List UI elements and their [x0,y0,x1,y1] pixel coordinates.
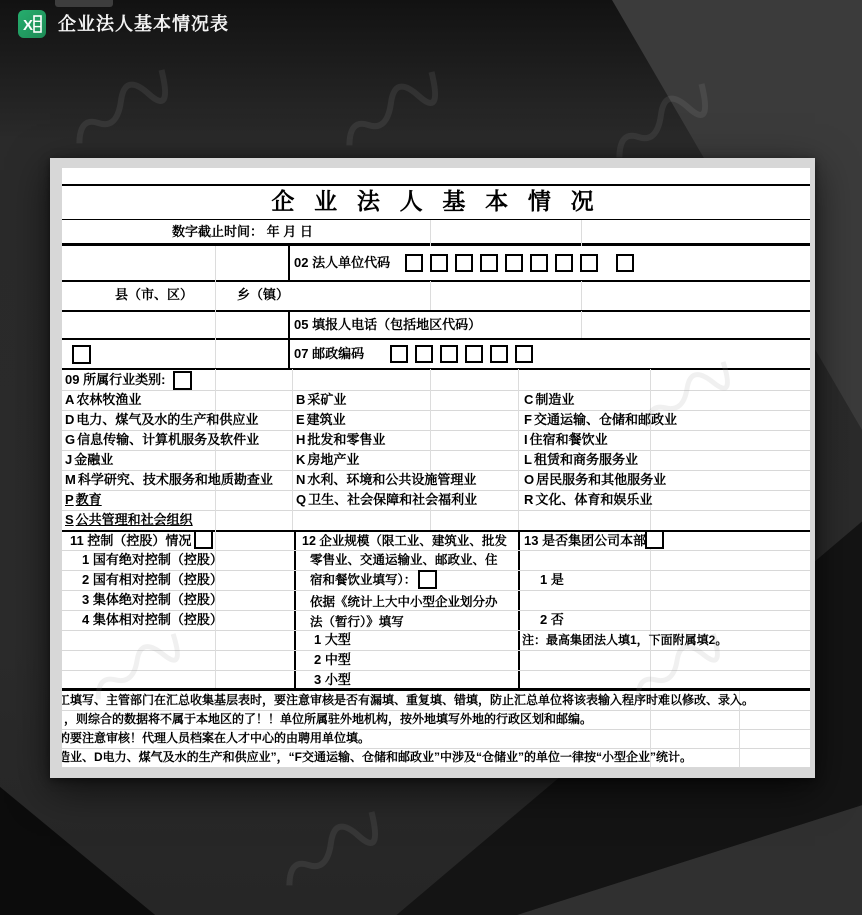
field-02-code-boxes [405,252,634,272]
field-02-label: 02 法人单位代码 [294,253,390,273]
industry-item: I住宿和餐饮业 [524,430,608,450]
industry-item: M科学研究、技术服务和地质勘查业 [65,470,273,490]
industry-item: B采矿业 [296,390,346,410]
section-12-box[interactable] [418,570,437,589]
rule [62,338,810,340]
note-line: ，则综合的数据将不属于本地区的了！！单位所属驻外地机构，按外地填写外地的行政区划… [64,710,592,729]
section-11-option: 1 国有绝对控制（控股） [82,550,223,570]
gridline [430,281,431,310]
gridline [62,670,810,671]
code-box[interactable] [465,345,483,363]
column-divider [518,530,520,688]
code-box[interactable] [555,254,573,272]
gridline [215,246,216,368]
town-label: 乡（镇） [237,285,289,305]
gridline [581,220,582,246]
svg-text:X: X [23,17,33,34]
code-box[interactable] [490,345,508,363]
industry-item: R文化、体育和娱乐业 [524,490,652,510]
industry-item: F交通运输、仓储和邮政业 [524,410,677,430]
industry-item: N水利、环境和公共设施管理业 [296,470,476,490]
code-box[interactable] [405,254,423,272]
rule [62,280,810,282]
code-box[interactable] [505,254,523,272]
watermark [323,57,457,164]
industry-item: K房地产业 [296,450,359,470]
code-box[interactable] [515,345,533,363]
section-13-box[interactable] [645,530,664,549]
section-12-header-2: 零售业、交通运输业、邮政业、住 [310,550,498,570]
section-12-option: 2 中型 [314,650,351,670]
code-box[interactable] [530,254,548,272]
gridline [650,530,651,688]
form-title: 企 业 法 人 基 本 情 况 [62,184,810,220]
gridline [62,767,810,768]
industry-code-box[interactable] [173,371,192,390]
section-12-basis-2: 法（暂行）》填写 [310,612,404,632]
county-label: 县（市、区） [115,285,193,305]
form-table: 企 业 法 人 基 本 情 况 数字截止时间： 年 月 日 02 法人单位代码 … [62,168,810,768]
section-12-header-3: 宿和餐饮业填写）： [310,570,437,590]
code-box[interactable] [430,254,448,272]
section-11-option: 3 集体绝对控制（控股） [82,590,223,610]
watermark [263,797,397,904]
section-11-option: 4 集体相对控制（控股） [82,610,223,630]
code-box[interactable] [415,345,433,363]
industry-item: J金融业 [65,450,113,470]
gridline [581,311,582,338]
code-box[interactable] [390,345,408,363]
section-11-option: 2 国有相对控制（控股） [82,570,223,590]
note-line: 造业、D电力、煤气及水的生产和供应业”，“F交通运输、仓储和邮政业”中涉及“仓储… [62,748,692,767]
gridline [292,369,293,530]
deadline-label: 数字截止时间： 年 月 日 [172,220,313,244]
gridline [581,281,582,310]
spreadsheet-sheet: 企 业 法 人 基 本 情 况 数字截止时间： 年 月 日 02 法人单位代码 … [50,158,815,778]
note-line: 工填写、主管部门在汇总收集基层表时，要注意审核是否有漏填、重复填、错填，防止汇总… [62,691,754,710]
app-title: 企业法人基本情况表 [58,0,229,48]
code-box[interactable] [480,254,498,272]
left-check-box[interactable] [72,345,91,364]
industry-item: S公共管理和社会组织 [65,510,193,530]
section-13-note: 注：最高集团法人填1，下面附属填2。 [522,630,727,650]
section-12-option: 3 小型 [314,670,351,690]
rule [62,310,810,312]
column-divider [294,530,296,688]
section-13-option-yes: 1 是 [540,570,564,590]
gridline [62,450,810,451]
industry-item: A农林牧渔业 [65,390,141,410]
code-box[interactable] [455,254,473,272]
watermark [53,55,187,162]
column-divider [288,246,290,281]
section-11-box[interactable] [194,530,213,549]
industry-item: H批发和零售业 [296,430,385,450]
section-13-header: 13 是否集团公司本部 [524,531,664,551]
field-07-label: 07 邮政编码 [294,344,364,364]
field-09-label: 09 所属行业类别: [65,369,192,390]
gridline [62,390,810,391]
industry-item: D电力、煤气及水的生产和供应业 [65,410,258,430]
field-05-label: 05 填报人电话（包括地区代码） [294,315,481,335]
gridline [518,369,519,530]
industry-item: P教育 [65,490,102,510]
industry-item: E建筑业 [296,410,346,430]
gridline [62,650,810,651]
title-bar: X 企业法人基本情况表 [0,0,862,48]
field-07-code-boxes [390,343,533,363]
note-line: 的要注意审核！代理人员档案在人才中心的由聘用单位填。 [62,729,370,748]
industry-item: L租赁和商务服务业 [524,450,638,470]
code-box[interactable] [580,254,598,272]
column-divider [288,311,290,369]
code-box[interactable] [440,345,458,363]
industry-item: C制造业 [524,390,574,410]
code-box[interactable] [616,254,634,272]
section-12-header: 12 企业规模（限工业、建筑业、批发 [302,531,507,551]
gridline [430,220,431,246]
section-11-header: 11 控制（控股）情况 [70,531,213,551]
industry-item: G信息传输、计算机服务及软件业 [65,430,259,450]
excel-icon: X [18,10,46,38]
industry-item: Q卫生、社会保障和社会福利业 [296,490,477,510]
section-12-basis: 依据《统计上大中小型企业划分办 [310,592,498,612]
section-13-option-no: 2 否 [540,610,564,630]
industry-item: O居民服务和其他服务业 [524,470,666,490]
section-12-option: 1 大型 [314,630,351,650]
